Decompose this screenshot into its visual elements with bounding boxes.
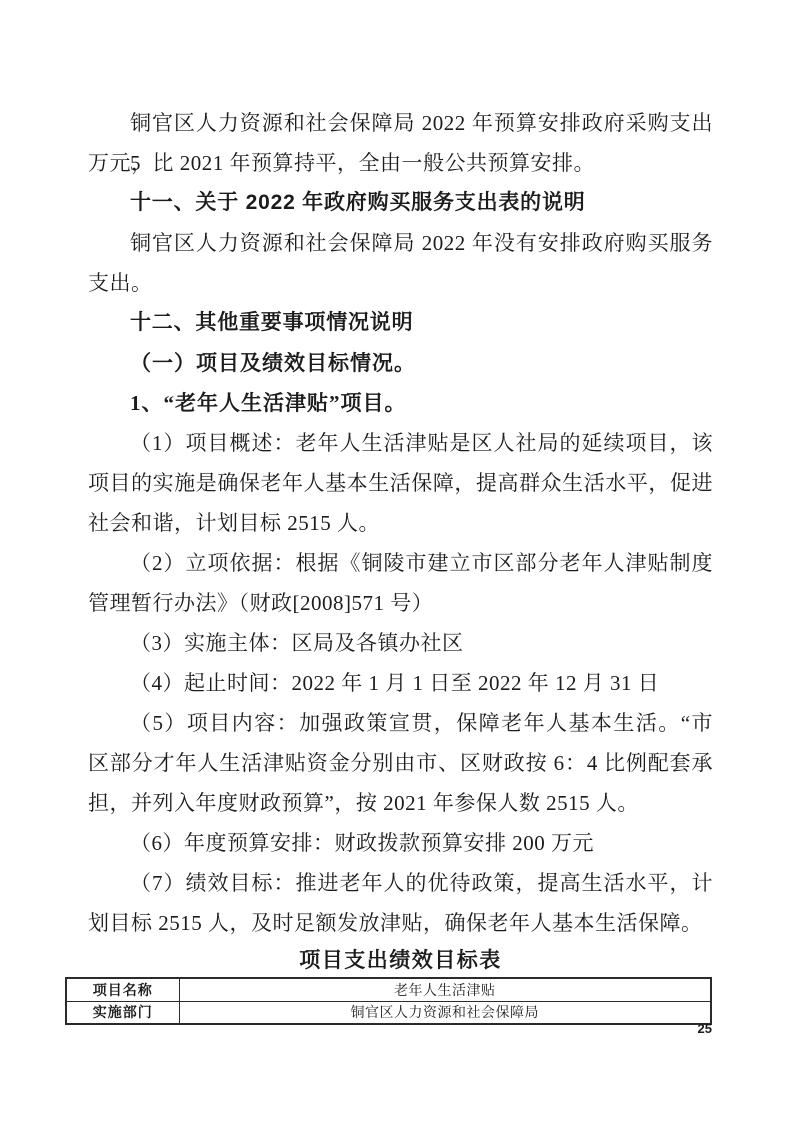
table-value-cell: 铜官区人力资源和社会保障局 — [179, 1001, 711, 1024]
document-body: 铜官区人力资源和社会保障局 2022 年预算安排政府采购支出 5 万元，比 20… — [88, 103, 713, 977]
paragraph-line: 支出。 — [88, 263, 713, 303]
paragraph-line: 区部分才年人生活津贴资金分别由市、区财政按 6：4 比例配套承 — [88, 743, 713, 783]
table-row: 项目名称 老年人生活津贴 — [66, 978, 711, 1001]
paragraph-line: 担，并列入年度财政预算”，按 2021 年参保人数 2515 人。 — [88, 783, 713, 823]
paragraph-line: 管理暂行办法》（财政[2008]571 号） — [88, 583, 713, 623]
paragraph-line: （4）起止时间：2022 年 1 月 1 日至 2022 年 12 月 31 日 — [88, 663, 713, 703]
table-header-cell: 实施部门 — [66, 1001, 179, 1024]
table-header-cell: 项目名称 — [66, 978, 179, 1001]
paragraph-line: 铜官区人力资源和社会保障局 2022 年没有安排政府购买服务 — [88, 223, 713, 263]
table-title: 项目支出绩效目标表 — [88, 943, 713, 977]
performance-target-table: 项目名称 老年人生活津贴 实施部门 铜官区人力资源和社会保障局 — [65, 977, 712, 1025]
section-heading: 十二、其他重要事项情况说明 — [88, 303, 713, 343]
paragraph-line: （2）立项依据：根据《铜陵市建立市区部分老年人津贴制度 — [88, 543, 713, 583]
paragraph-line: 社会和谐，计划目标 2515 人。 — [88, 503, 713, 543]
paragraph-line: （6）年度预算安排：财政拨款预算安排 200 万元 — [88, 823, 713, 863]
paragraph-line: 项目的实施是确保老年人基本生活保障，提高群众生活水平，促进 — [88, 463, 713, 503]
sub-heading: （一）项目及绩效目标情况。 — [88, 343, 713, 383]
sub-heading: 1、“老年人生活津贴”项目。 — [88, 383, 713, 423]
paragraph-line: 铜官区人力资源和社会保障局 2022 年预算安排政府采购支出 5 — [88, 103, 713, 143]
paragraph-line: 万元，比 2021 年预算持平，全由一般公共预算安排。 — [88, 143, 713, 183]
section-heading: 十一、关于 2022 年政府购买服务支出表的说明 — [88, 183, 713, 223]
paragraph-line: （3）实施主体：区局及各镇办社区 — [88, 623, 713, 663]
paragraph-line: （1）项目概述：老年人生活津贴是区人社局的延续项目，该 — [88, 423, 713, 463]
paragraph-line: 划目标 2515 人，及时足额发放津贴，确保老年人基本生活保障。 — [88, 903, 713, 943]
paragraph-line: （5）项目内容：加强政策宣贯，保障老年人基本生活。“市 — [88, 703, 713, 743]
paragraph-line: （7）绩效目标：推进老年人的优待政策，提高生活水平，计 — [88, 863, 713, 903]
document-page: 铜官区人力资源和社会保障局 2022 年预算安排政府采购支出 5 万元，比 20… — [0, 0, 793, 1122]
page-number: 25 — [698, 1021, 712, 1036]
table-row: 实施部门 铜官区人力资源和社会保障局 — [66, 1001, 711, 1024]
table-value-cell: 老年人生活津贴 — [179, 978, 711, 1001]
